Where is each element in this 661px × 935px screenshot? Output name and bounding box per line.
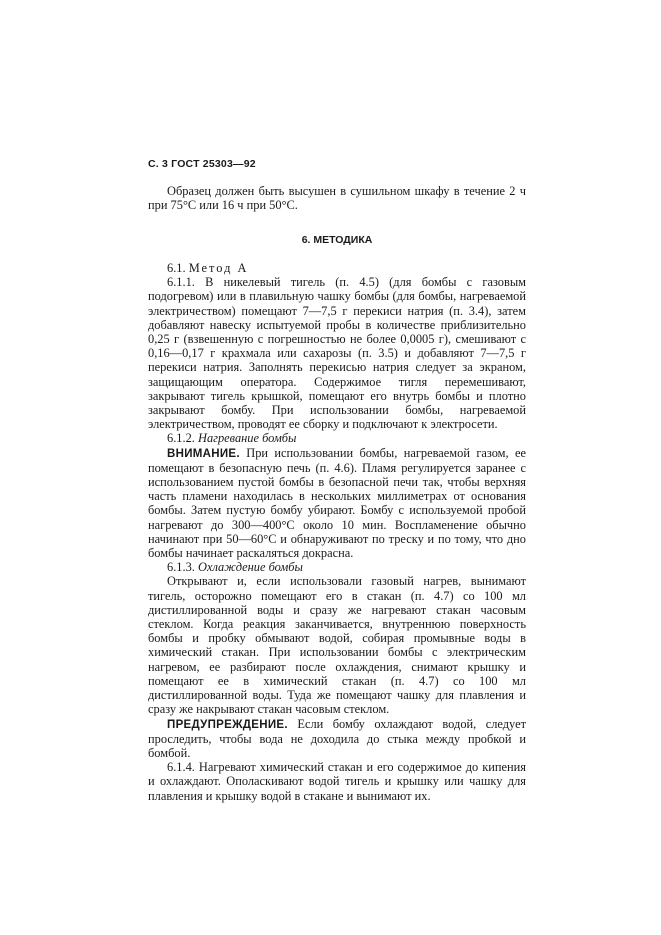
method-heading: 6.1. Метод А [148,261,526,275]
intro-paragraph: Образец должен быть высушен в сушильном … [148,184,526,212]
subheading-6-1-2: 6.1.2. Нагревание бомбы [148,431,526,445]
section-body: 6.1. Метод А 6.1.1. В никелевый тигель (… [148,261,526,803]
subheading-title: Нагревание бомбы [198,431,296,445]
paragraph-6-1-4: 6.1.4. Нагревают химический стакан и его… [148,760,526,803]
warning-label: ВНИМАНИЕ. [167,448,240,460]
method-number: 6.1. [167,261,186,275]
subheading-title: Охлаждение бомбы [198,560,303,574]
paragraph-6-1-2: ВНИМАНИЕ. При использовании бомбы, нагре… [148,446,526,561]
caution-label: ПРЕДУПРЕЖДЕНИЕ. [167,719,288,731]
paragraph-caution: ПРЕДУПРЕЖДЕНИЕ. Если бомбу охлаждают вод… [148,717,526,761]
subheading-6-1-3: 6.1.3. Охлаждение бомбы [148,560,526,574]
section-title: 6. МЕТОДИКА [148,234,526,246]
subheading-number: 6.1.3. [167,560,195,574]
paragraph-6-1-3: Открывают и, если использовали газовый н… [148,574,526,716]
running-head: С. 3 ГОСТ 25303—92 [148,158,256,170]
subheading-number: 6.1.2. [167,431,195,445]
paragraph-6-1-1: 6.1.1. В никелевый тигель (п. 4.5) (для … [148,275,526,431]
warning-text: При использовании бомбы, нагреваемой газ… [148,446,526,560]
method-name: Метод А [189,261,249,275]
